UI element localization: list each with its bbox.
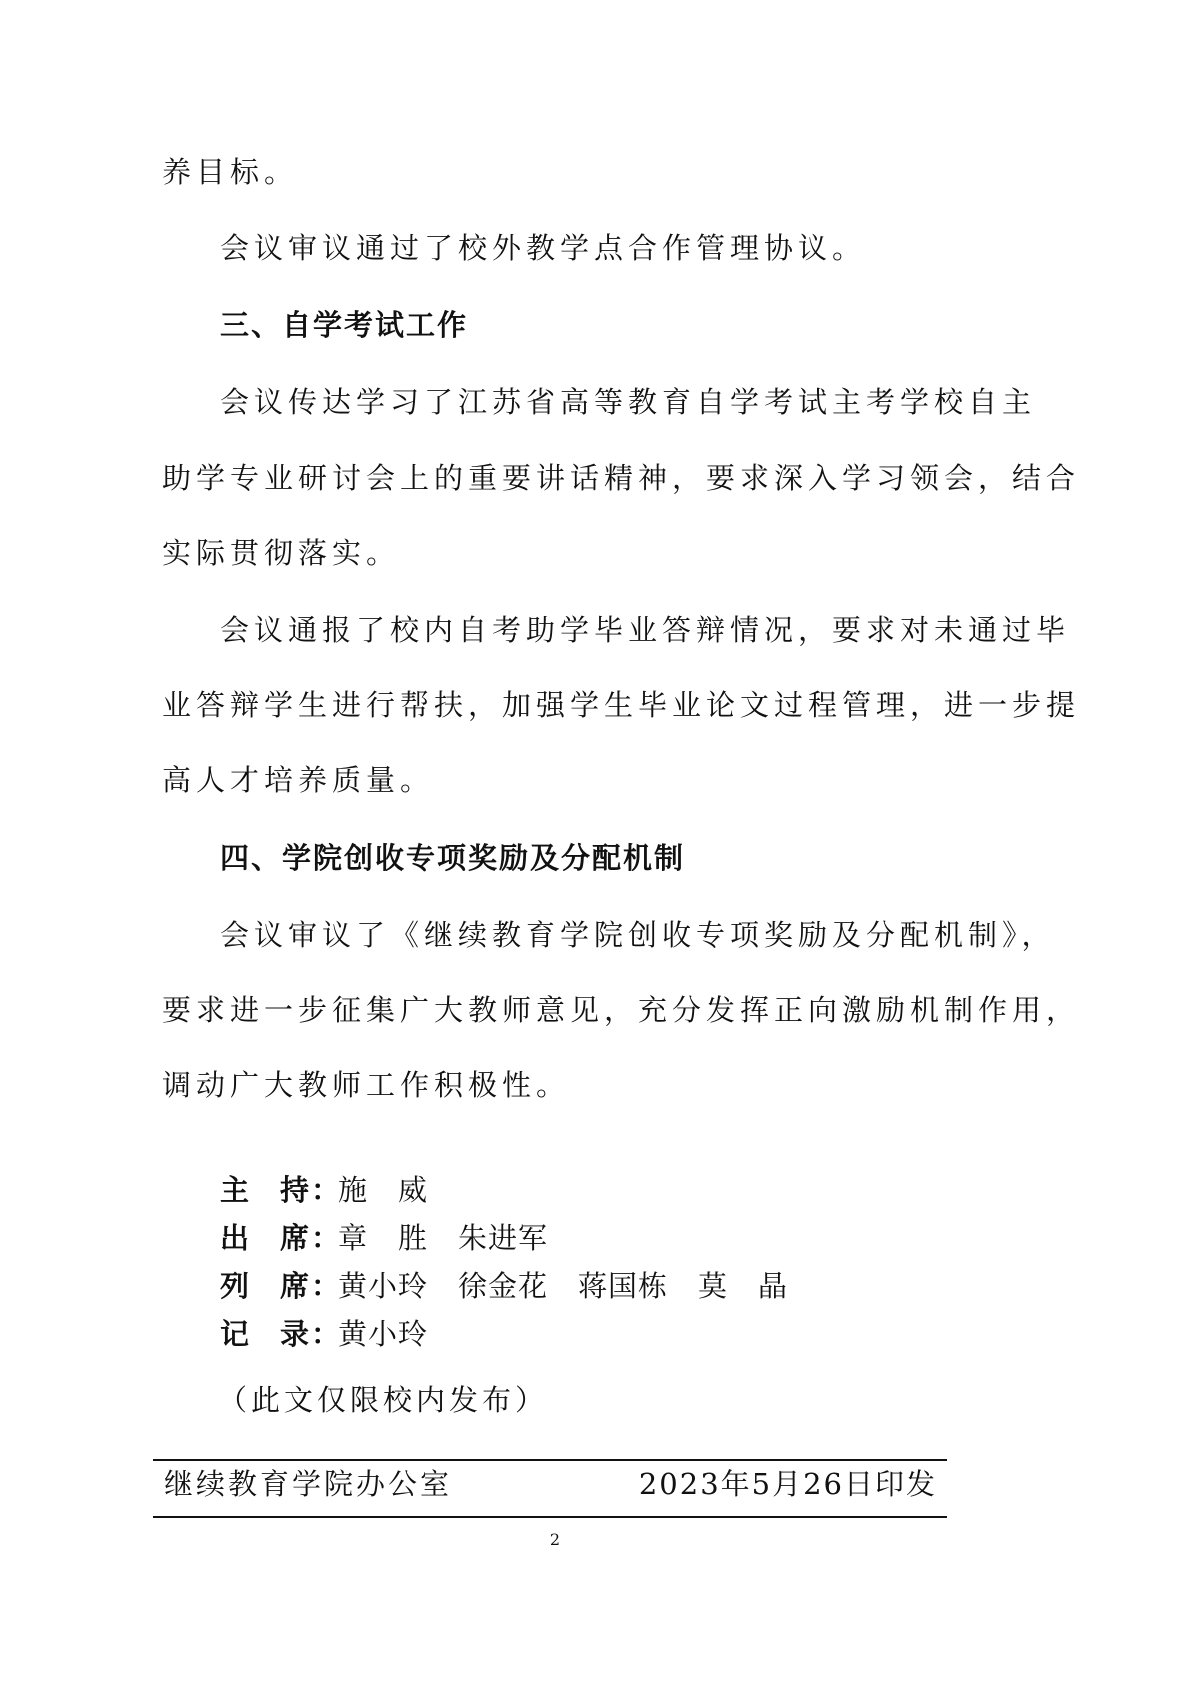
attendee-name: 黄小玲 — [338, 1268, 428, 1304]
document-page: 养目标。 会议审议通过了校外教学点合作管理协议。 三、自学考试工作 会议传达学习… — [0, 0, 1199, 1697]
attendance-label: 记录： — [220, 1316, 338, 1352]
attendee-name: 蒋国栋 — [578, 1268, 668, 1304]
attendee-name: 莫 晶 — [698, 1268, 788, 1304]
paragraph-line: 助学专业研讨会上的重要讲话精神，要求深入学习领会，结合 — [162, 460, 945, 496]
attendee-name: 施 威 — [338, 1172, 428, 1208]
paragraph-line: 调动广大教师工作积极性。 — [162, 1067, 945, 1103]
footer-bottom-rule — [153, 1516, 947, 1518]
attendance-label: 出席： — [220, 1220, 338, 1256]
paragraph-line: 会议传达学习了江苏省高等教育自学考试主考学校自主 — [220, 384, 945, 420]
footer-date: 2023年5月26日印发 — [639, 1466, 937, 1502]
attendance-row-present: 出席：章 胜朱进军 — [220, 1220, 578, 1256]
attendance-row-recorder: 记录：黄小玲 — [220, 1316, 458, 1352]
attendance-row-host: 主持：施 威 — [220, 1172, 458, 1208]
paragraph-line: 业答辩学生进行帮扶，加强学生毕业论文过程管理，进一步提 — [162, 687, 945, 723]
attendee-name: 章 胜 — [338, 1220, 428, 1256]
paragraph-line: 要求进一步征集广大教师意见，充分发挥正向激励机制作用， — [162, 992, 945, 1028]
paragraph-line: 会议通报了校内自考助学毕业答辩情况，要求对未通过毕 — [220, 612, 945, 648]
paragraph-line: 会议审议了《继续教育学院创收专项奖励及分配机制》， — [220, 917, 945, 953]
distribution-note: （此文仅限校内发布） — [218, 1382, 548, 1418]
attendance-row-observers: 列席：黄小玲徐金花蒋国栋莫 晶 — [220, 1268, 818, 1304]
page-number: 2 — [0, 1530, 1110, 1549]
paragraph-agreement: 会议审议通过了校外教学点合作管理协议。 — [220, 230, 945, 266]
continuation-text: 养目标。 — [162, 154, 945, 190]
footer-issuer: 继续教育学院办公室 — [164, 1466, 452, 1502]
attendee-name: 徐金花 — [458, 1268, 548, 1304]
footer-top-rule — [153, 1459, 947, 1461]
attendee-name: 黄小玲 — [338, 1316, 428, 1352]
section-heading-4: 四、学院创收专项奖励及分配机制 — [220, 840, 685, 876]
paragraph-line: 高人才培养质量。 — [162, 762, 945, 798]
section-heading-3: 三、自学考试工作 — [220, 307, 468, 343]
attendance-label: 列席： — [220, 1268, 338, 1304]
attendance-label: 主持： — [220, 1172, 338, 1208]
paragraph-line: 实际贯彻落实。 — [162, 535, 945, 571]
attendee-name: 朱进军 — [458, 1220, 548, 1256]
